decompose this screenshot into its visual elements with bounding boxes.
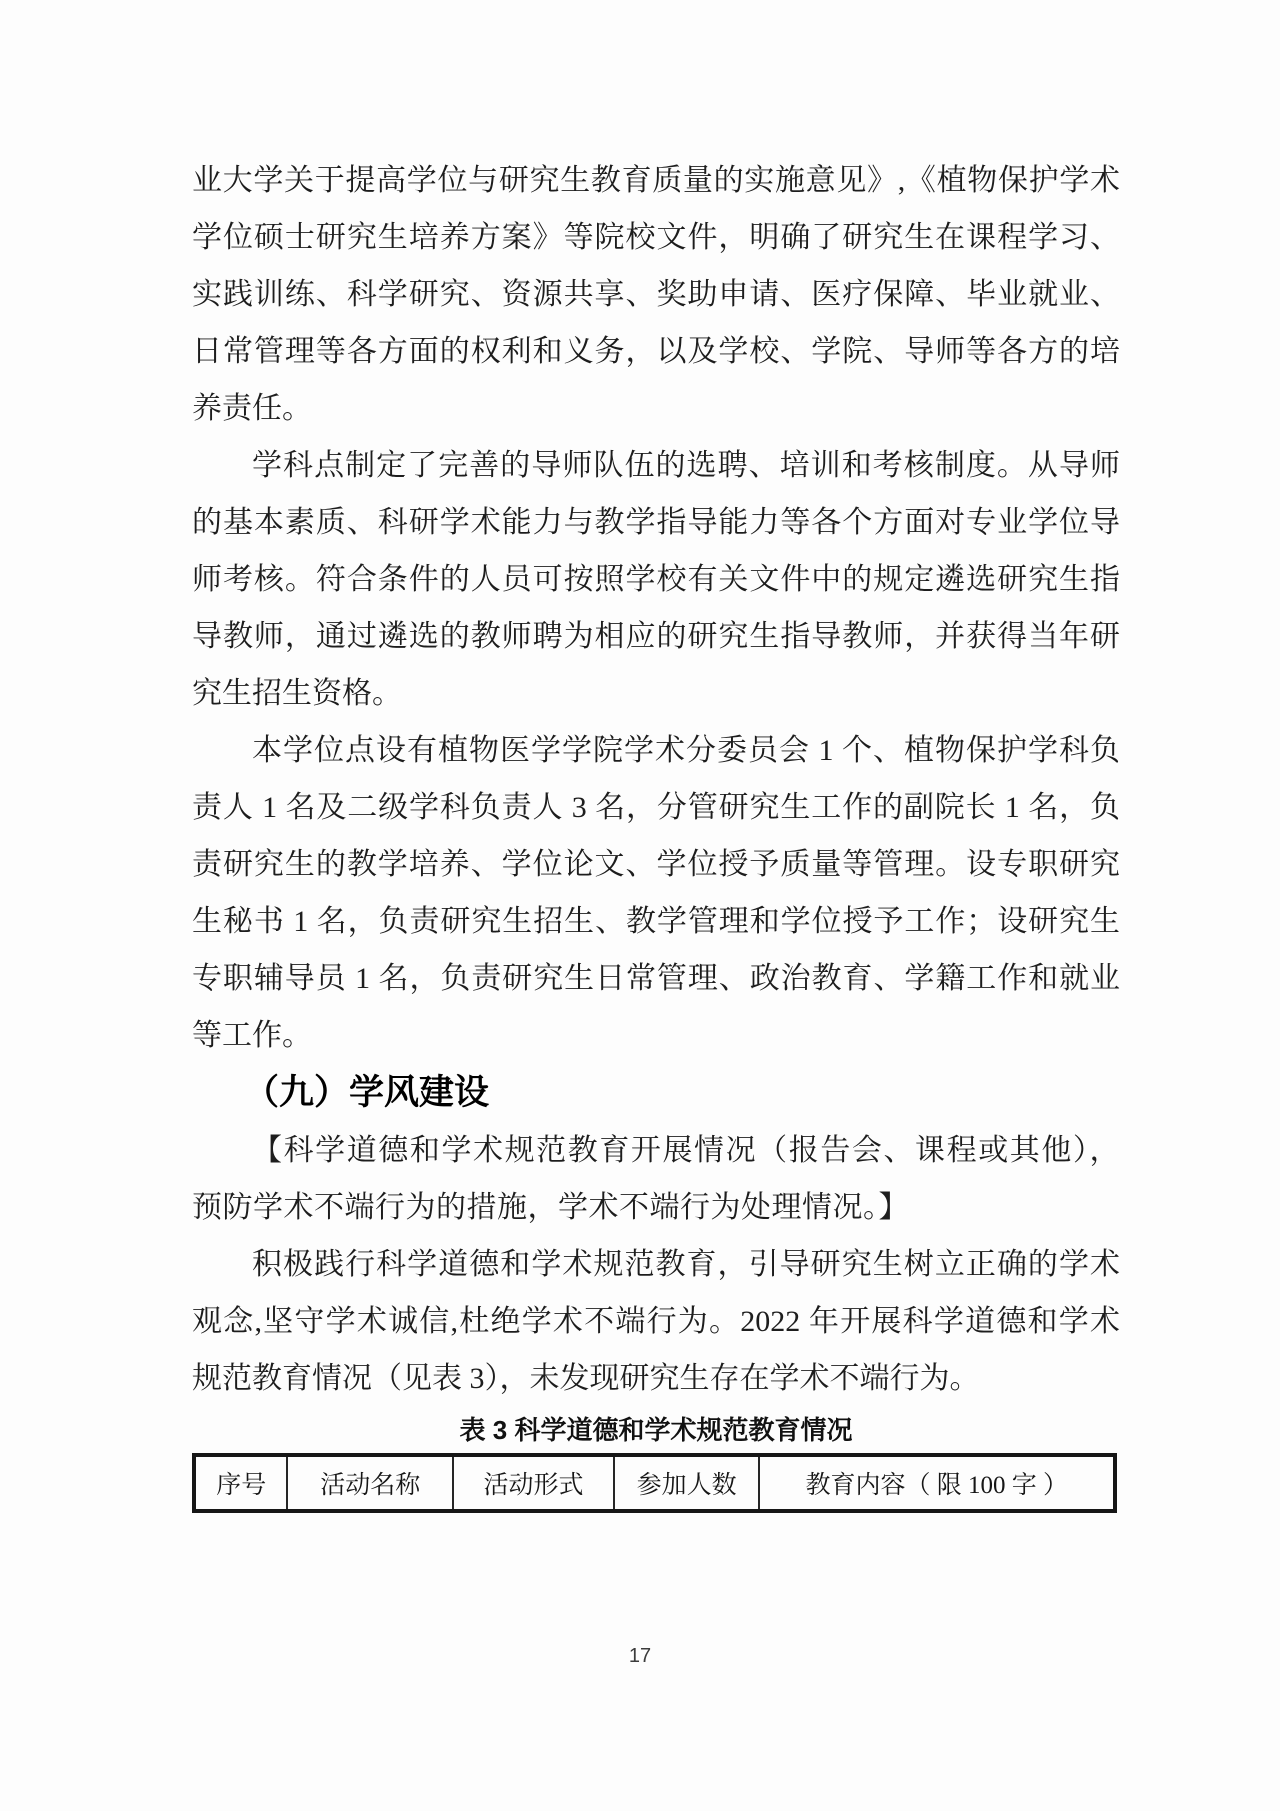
header-serial-number: 序号 <box>194 1455 287 1511</box>
paragraph-2-line-1: 学科点制定了完善的导师队伍的选聘、培训和考核制度。从导师 <box>192 437 1120 494</box>
paragraph-1-line-2: 学位硕士研究生培养方案》等院校文件，明确了研究生在课程学习、 <box>192 209 1120 266</box>
paragraph-2-line-3: 师考核。符合条件的人员可按照学校有关文件中的规定遴选研究生指 <box>192 551 1120 608</box>
paragraph-2-line-5: 究生招生资格。 <box>192 665 1120 722</box>
paragraph-3-line-4: 生秘书 1 名，负责研究生招生、教学管理和学位授予工作；设研究生 <box>192 893 1120 950</box>
header-education-content: 教育内容（ 限 100 字 ） <box>759 1455 1115 1511</box>
page-number: 17 <box>0 1645 1280 1668</box>
paragraph-4-line-1: 积极践行科学道德和学术规范教育，引导研究生树立正确的学术 <box>192 1236 1120 1293</box>
bracket-note-line-1: 【科学道德和学术规范教育开展情况（报告会、课程或其他）， <box>192 1122 1120 1179</box>
education-activity-table: 序号 活动名称 活动形式 参加人数 教育内容（ 限 100 字 ） <box>192 1453 1117 1513</box>
paragraph-1-line-3: 实践训练、科学研究、资源共享、奖助申请、医疗保障、毕业就业、 <box>192 266 1120 323</box>
paragraph-3-line-3: 责研究生的教学培养、学位论文、学位授予质量等管理。设专职研究 <box>192 836 1120 893</box>
text-block: 业大学关于提高学位与研究生教育质量的实施意见》,《植物保护学术 学位硕士研究生培… <box>192 152 1120 1513</box>
table-title: 表 3 科学道德和学术规范教育情况 <box>192 1407 1120 1453</box>
paragraph-4-line-2: 观念,坚守学术诚信,杜绝学术不端行为。2022 年开展科学道德和学术 <box>192 1293 1120 1350</box>
paragraph-3-line-5: 专职辅导员 1 名，负责研究生日常管理、政治教育、学籍工作和就业 <box>192 950 1120 1007</box>
table-header-row: 序号 活动名称 活动形式 参加人数 教育内容（ 限 100 字 ） <box>194 1455 1115 1511</box>
paragraph-3-line-6: 等工作。 <box>192 1007 1120 1064</box>
header-participant-count: 参加人数 <box>614 1455 760 1511</box>
paragraph-1-line-4: 日常管理等各方面的权利和义务，以及学校、学院、导师等各方的培 <box>192 323 1120 380</box>
header-activity-format: 活动形式 <box>453 1455 614 1511</box>
paragraph-2-line-2: 的基本素质、科研学术能力与教学指导能力等各个方面对专业学位导 <box>192 494 1120 551</box>
paragraph-3-line-1: 本学位点设有植物医学学院学术分委员会 1 个、植物保护学科负 <box>192 722 1120 779</box>
paragraph-1-line-5: 养责任。 <box>192 380 1120 437</box>
document-page: 业大学关于提高学位与研究生教育质量的实施意见》,《植物保护学术 学位硕士研究生培… <box>0 0 1280 1811</box>
paragraph-2-line-4: 导教师，通过遴选的教师聘为相应的研究生指导教师，并获得当年研 <box>192 608 1120 665</box>
bracket-note-line-2: 预防学术不端行为的措施，学术不端行为处理情况。】 <box>192 1179 1120 1236</box>
section-heading: （九）学风建设 <box>192 1064 1120 1122</box>
header-activity-name: 活动名称 <box>287 1455 453 1511</box>
paragraph-4-line-3: 规范教育情况（见表 3），未发现研究生存在学术不端行为。 <box>192 1350 1120 1407</box>
paragraph-1-line-1: 业大学关于提高学位与研究生教育质量的实施意见》,《植物保护学术 <box>192 152 1120 209</box>
paragraph-3-line-2: 责人 1 名及二级学科负责人 3 名，分管研究生工作的副院长 1 名，负 <box>192 779 1120 836</box>
